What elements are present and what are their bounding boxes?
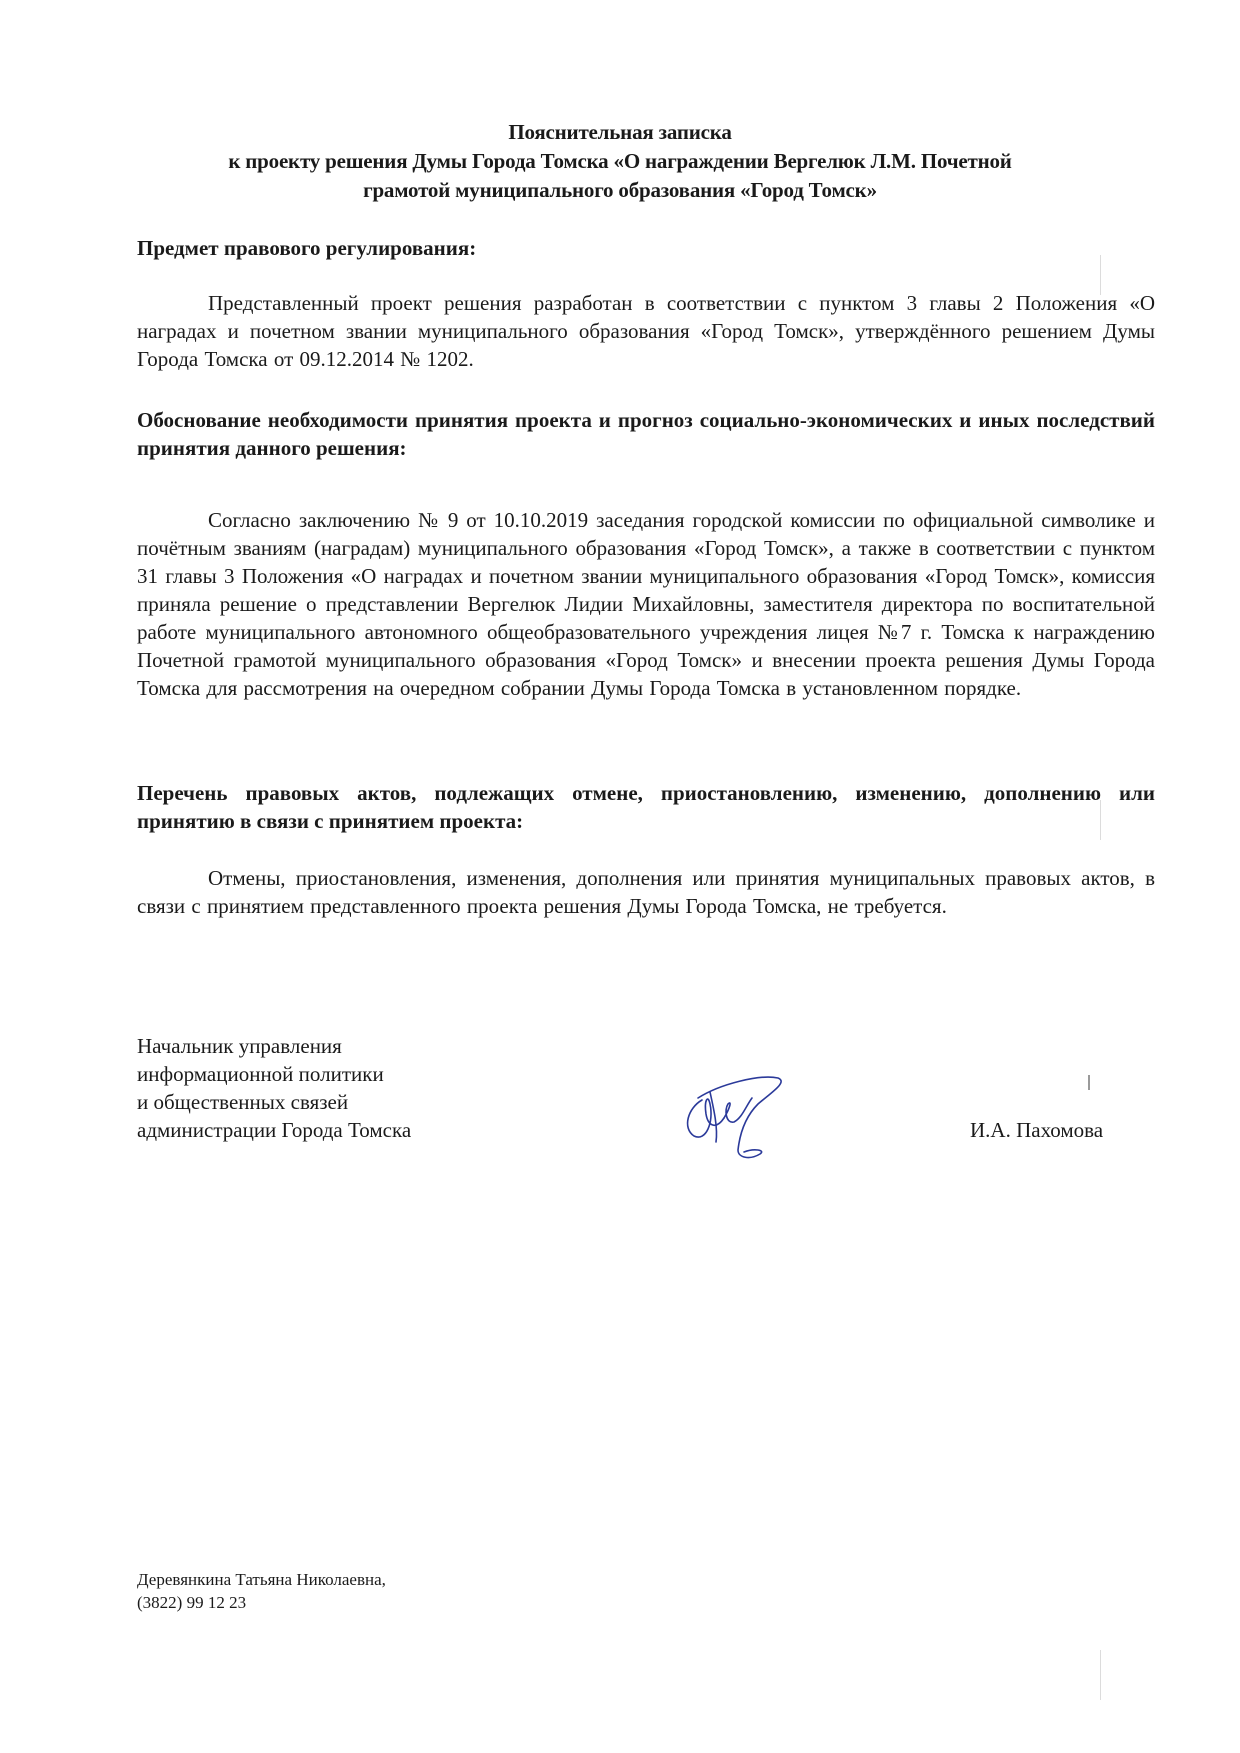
signer-position: Начальник управления информационной поли…: [137, 1032, 411, 1144]
handwritten-signature-icon: [680, 1070, 800, 1165]
section-body-legal-acts: Отмены, приостановления, изменения, допо…: [137, 864, 1155, 920]
section-heading-subject: Предмет правового регулирования:: [137, 234, 1155, 262]
contact-phone: (3822) 99 12 23: [137, 1591, 386, 1614]
section-body-justification: Согласно заключению № 9 от 10.10.2019 за…: [137, 506, 1155, 702]
signer-position-line: администрации Города Томска: [137, 1116, 411, 1144]
document-page: Пояснительная записка к проекту решения …: [0, 0, 1240, 1753]
signer-position-line: информационной политики: [137, 1060, 411, 1088]
section-body-subject: Представленный проект решения разработан…: [137, 289, 1155, 373]
scan-artifact-divider: [1100, 1650, 1101, 1700]
scan-artifact-dot: [1088, 1075, 1090, 1090]
section-heading-justification: Обоснование необходимости принятия проек…: [137, 406, 1155, 462]
contact-info: Деревянкина Татьяна Николаевна, (3822) 9…: [137, 1568, 386, 1614]
title-line-1: Пояснительная записка: [170, 118, 1070, 147]
title-line-3: грамотой муниципального образования «Гор…: [170, 176, 1070, 205]
contact-name: Деревянкина Татьяна Николаевна,: [137, 1568, 386, 1591]
signer-position-line: Начальник управления: [137, 1032, 411, 1060]
section-heading-legal-acts: Перечень правовых актов, подлежащих отме…: [137, 779, 1155, 835]
signer-name: И.А. Пахомова: [970, 1116, 1103, 1144]
document-title: Пояснительная записка к проекту решения …: [170, 118, 1070, 205]
scan-artifact-divider: [1100, 255, 1101, 295]
scan-artifact-divider: [1100, 800, 1101, 840]
signer-position-line: и общественных связей: [137, 1088, 411, 1116]
title-line-2: к проекту решения Думы Города Томска «О …: [170, 147, 1070, 176]
